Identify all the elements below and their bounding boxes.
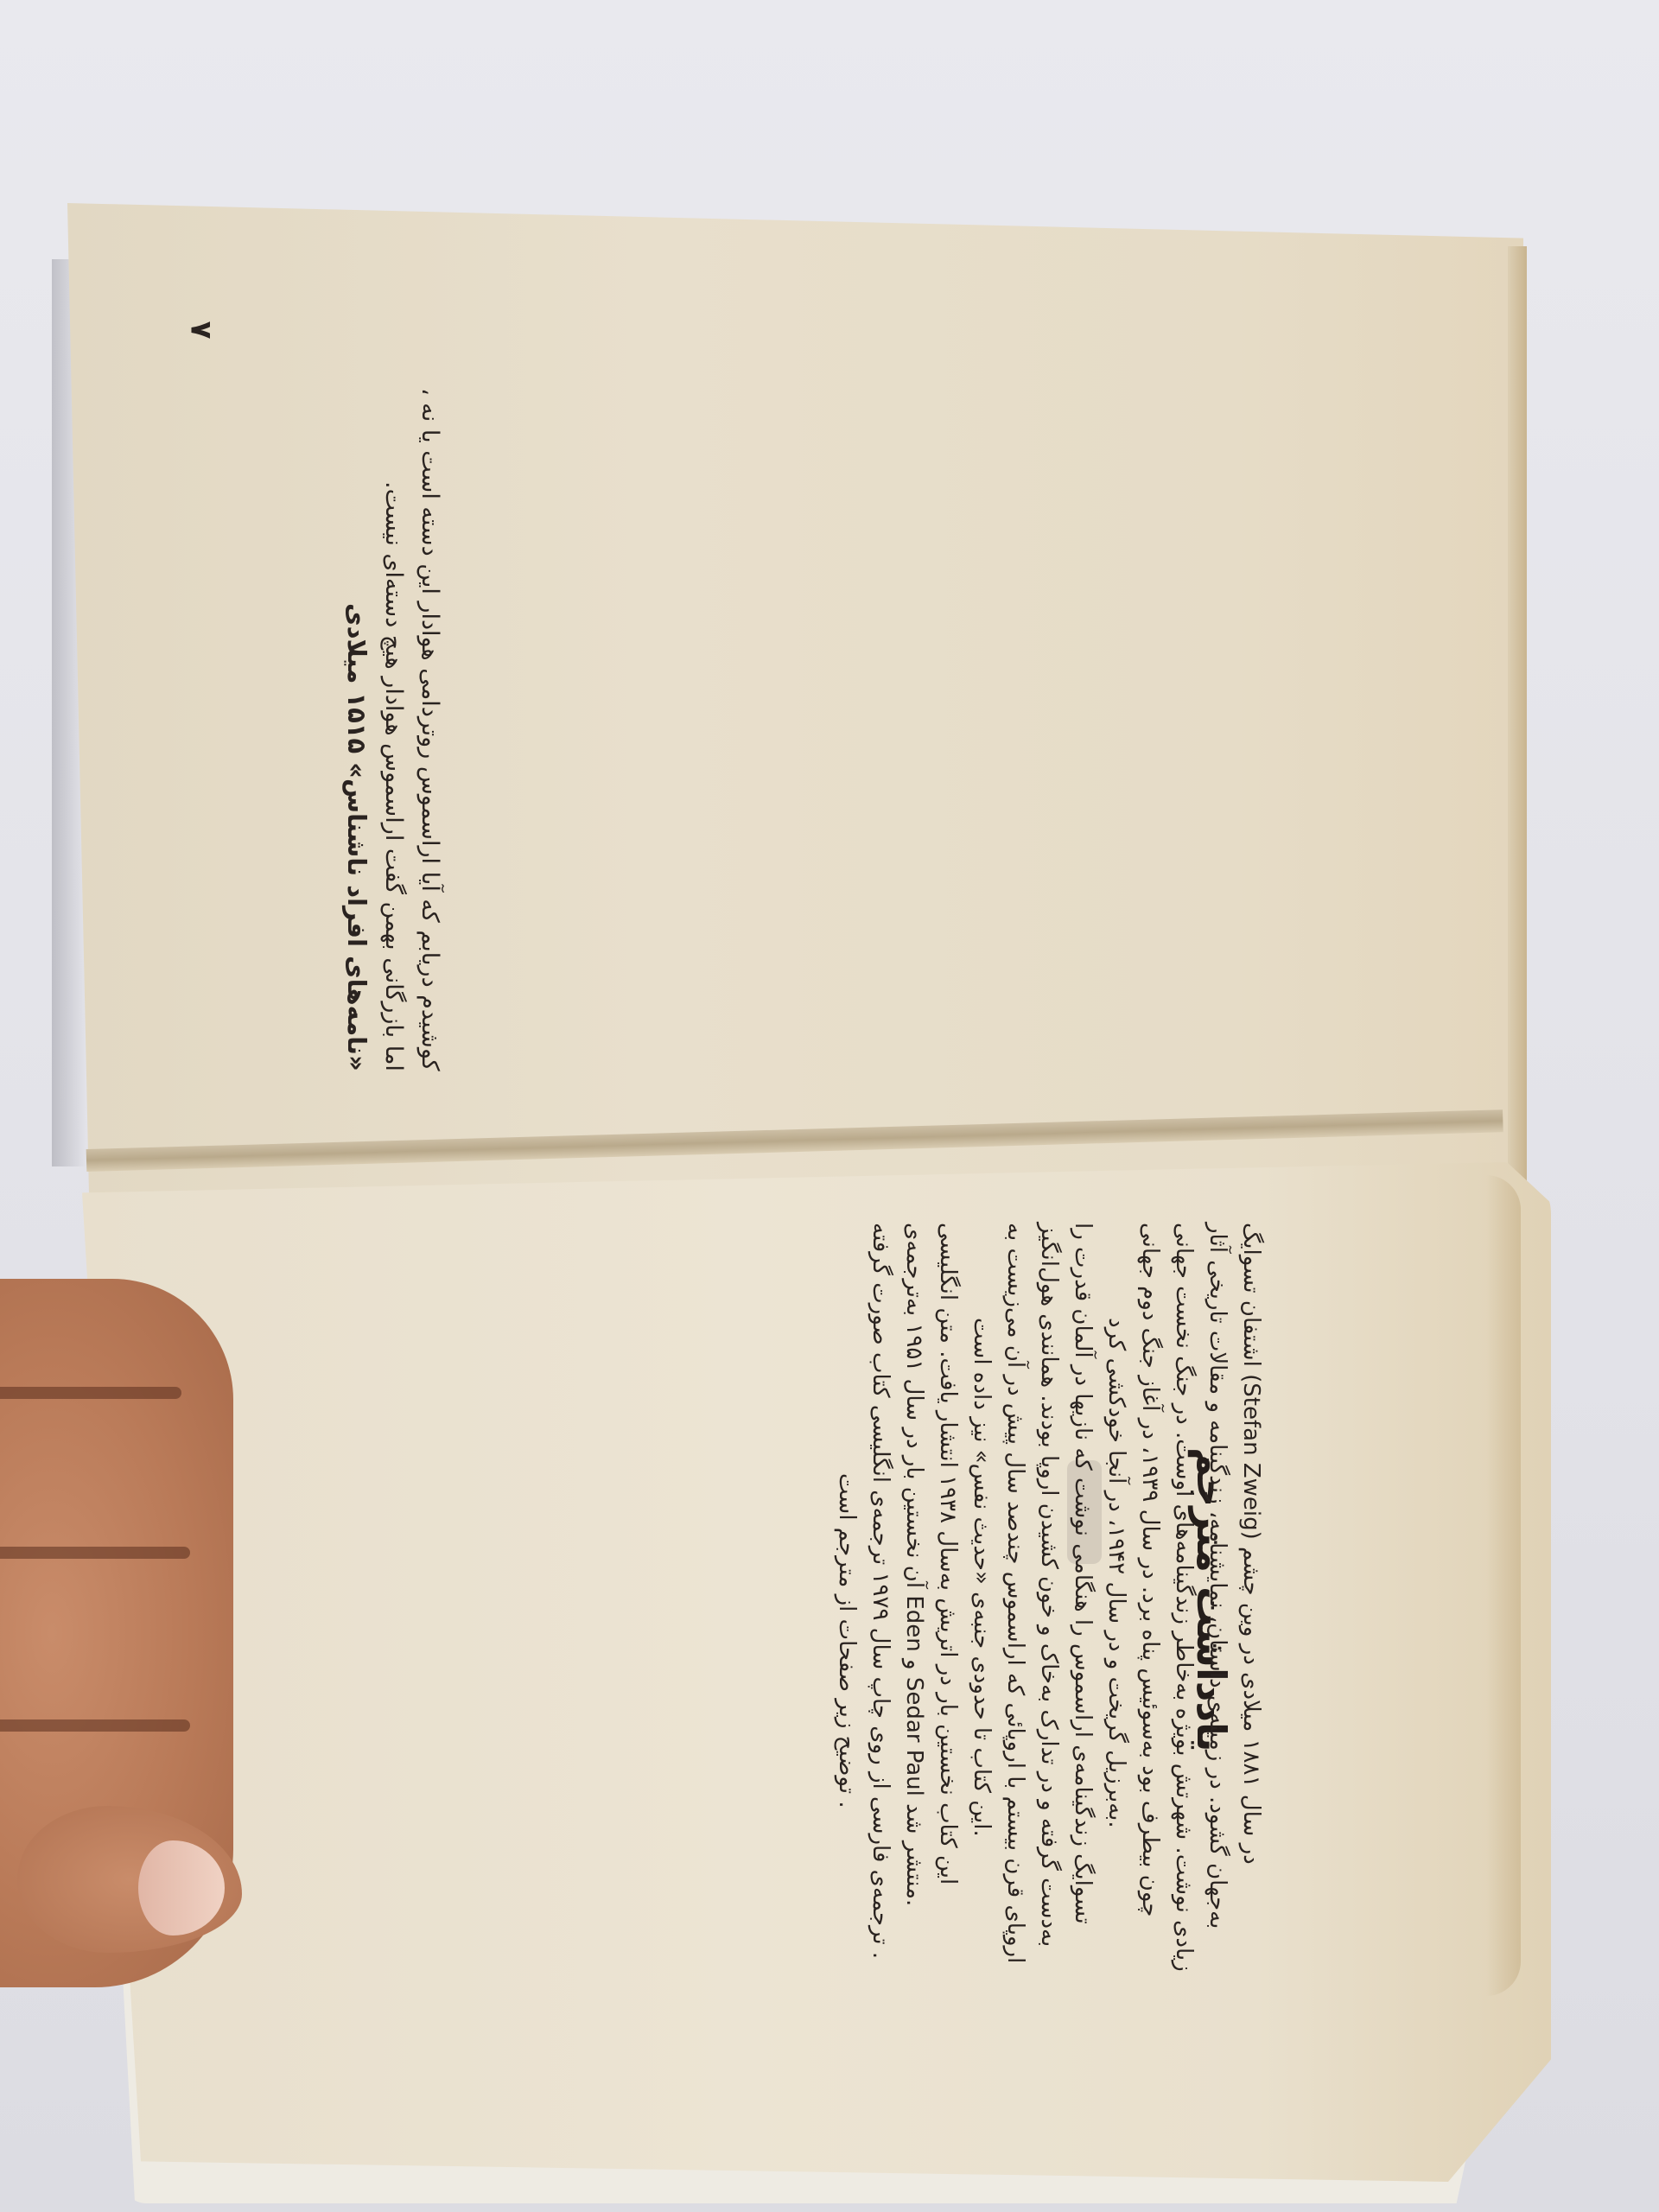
body-line: توضیح زیر صفحات از مترجم است . bbox=[829, 1223, 863, 1983]
epigraph-source: «نامه‌های افراد ناشناس» ۱۵۱۵ میلادی bbox=[339, 259, 375, 1071]
page-number: ٧ bbox=[183, 321, 218, 340]
body-line: ترجمه‌ی فارسی از روی چاپ سال ۱۹۷۹ ترجمه‌… bbox=[863, 1223, 897, 1983]
bottom-page-edge bbox=[1486, 1175, 1521, 1996]
bottom-page bbox=[82, 1162, 1551, 2182]
body-line: این کتاب تا حدودی جنبه‌ی «حدیث نفس» نیز … bbox=[964, 1223, 998, 1983]
top-page bbox=[67, 203, 1523, 1205]
body-line: به‌دست گرفته و در تدارک به‌خاک و خون کشی… bbox=[1032, 1223, 1065, 1983]
body-line: تسوایگ زندگینامه‌ی اراسموس را هنگامی نوش… bbox=[1065, 1223, 1099, 1983]
body-line: زیادی نوشت. شهرتش بویژه به‌خاطر زندگینام… bbox=[1166, 1223, 1200, 1983]
body-line: آن نخستین بار در سال ۱۹۵۱ به‌ترجمه‌ی Ede… bbox=[897, 1223, 931, 1983]
top-page-edge bbox=[1508, 246, 1527, 1197]
finger-crease bbox=[0, 1387, 181, 1399]
body-line: به‌جهان گشود. در زمینه‌ی داستان، نمایشنا… bbox=[1200, 1223, 1234, 1983]
body-line: اروپای قرن بیستم با اروپائی که اراسموس چ… bbox=[998, 1223, 1032, 1983]
epigraph: کوشیدم دریابم که آیا اراسموس روتردامی هو… bbox=[339, 259, 448, 1071]
epigraph-line: کوشیدم دریابم که آیا اراسموس روتردامی هو… bbox=[411, 259, 448, 1071]
body-line: چون بیطرف بود به‌سوئیس پناه برد. در سال … bbox=[1133, 1223, 1166, 1983]
finger-crease bbox=[0, 1547, 190, 1559]
body-line: این کتاب نخستین بار در اتریش به‌سال ۱۹۳۸… bbox=[931, 1223, 964, 1983]
epigraph-line: اما بازرگانی بهمن گفت اراسموس هوادار هیچ… bbox=[375, 259, 411, 1071]
body-line: به‌برزیل گریخت و در سال ۱۹۴۲، در آنجا خو… bbox=[1099, 1223, 1133, 1983]
body-line: اشتفان تسوایگ (Stefan Zweig) در سال ۱۸۸۱… bbox=[1234, 1223, 1268, 1983]
translator-note-body: اشتفان تسوایگ (Stefan Zweig) در سال ۱۸۸۱… bbox=[829, 1223, 1268, 1983]
finger-crease bbox=[0, 1719, 190, 1732]
